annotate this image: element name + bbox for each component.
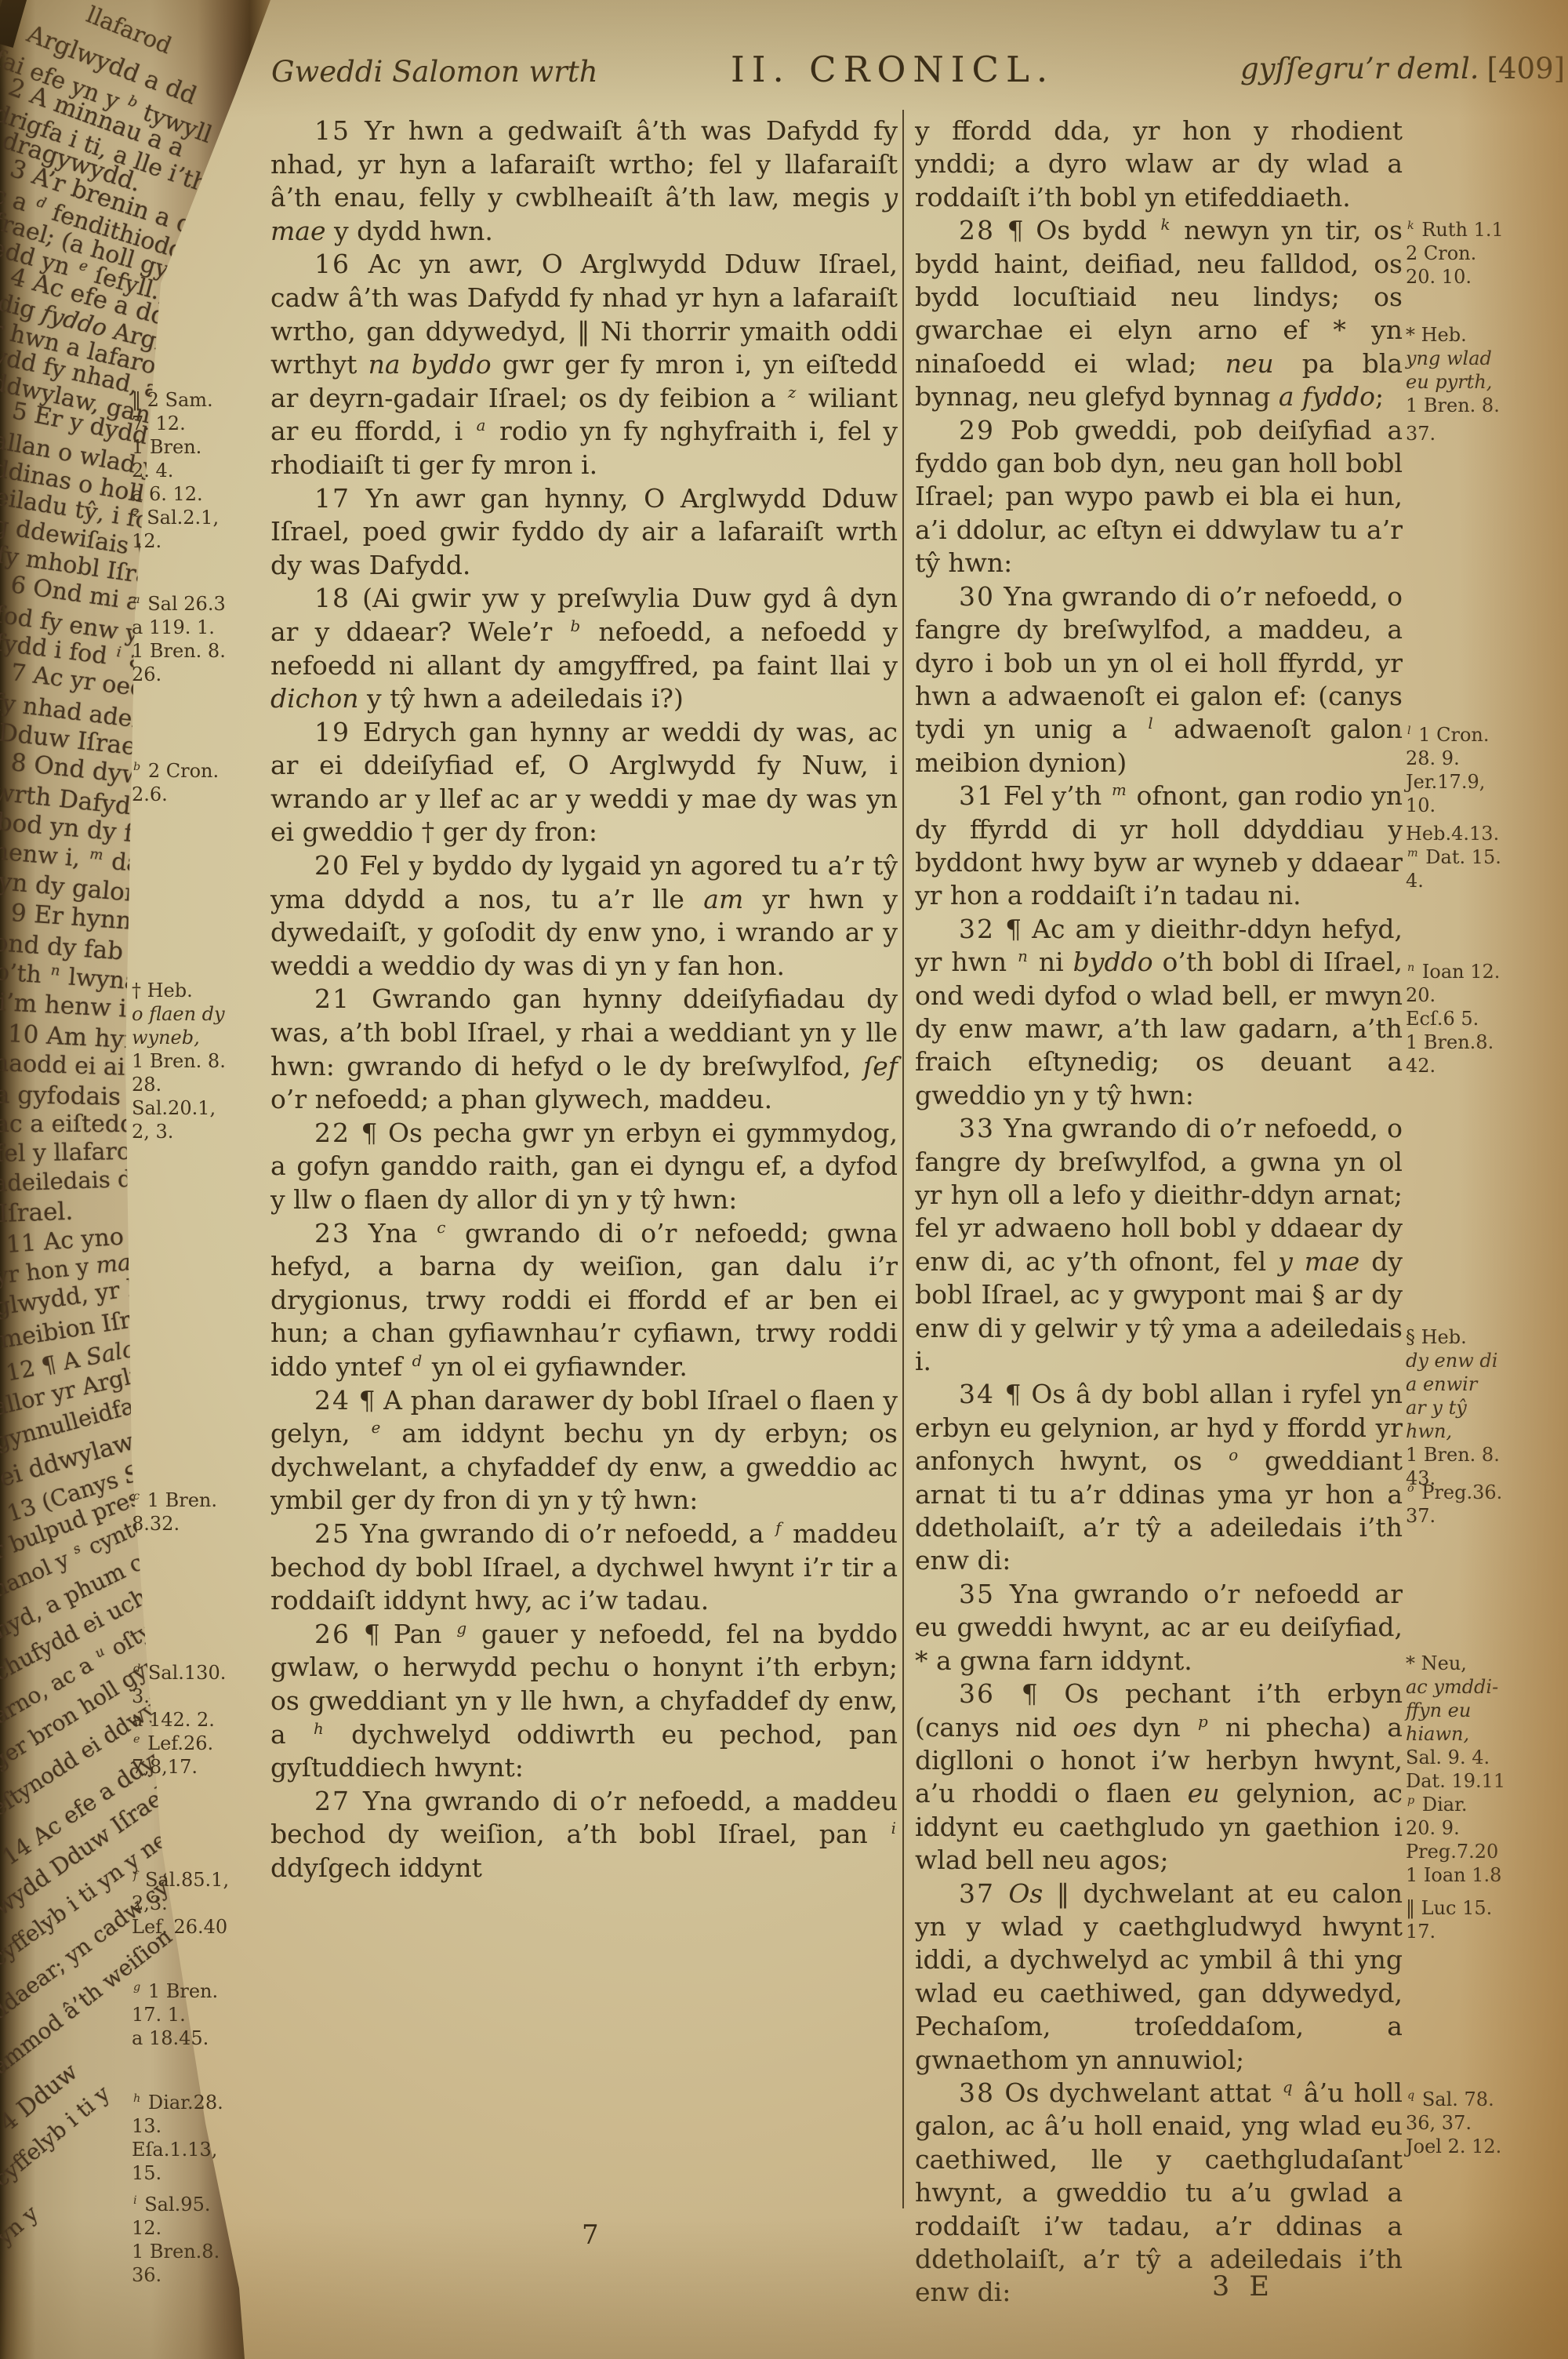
catchword: 7	[582, 2219, 599, 2251]
verse-number: 35	[959, 1579, 995, 1609]
margin-note: q Sal. 78. 36, 37. Joel 2. 12.	[1406, 2088, 1501, 2158]
verse-paragraph: 36 ¶ Os pechant i’th erbyn (canys nid oe…	[915, 1677, 1403, 1877]
margin-note: * Neu, ac ymddi- ffyn eu hiawn, Sal. 9. …	[1406, 1652, 1505, 1793]
verse-paragraph: 28 ¶ Os bydd k newyn yn tir, os bydd hai…	[915, 214, 1403, 413]
verse-number: 18	[314, 583, 350, 613]
verse-paragraph: 19 Edrych gan hynny ar weddi dy was, ac …	[270, 716, 898, 849]
verse-number: 38	[959, 2077, 995, 2108]
verse-number: 15	[314, 115, 350, 146]
verse-number: 19	[314, 717, 350, 747]
verse-paragraph: 30 Yna gwrando di o’r nefoedd, o fangre …	[915, 580, 1403, 780]
verse-number: 31	[959, 780, 995, 811]
verse-paragraph: 24 ¶ A phan darawer dy bobl Iſrael o fla…	[270, 1384, 898, 1518]
verse-paragraph: 34 ¶ Os â dy bobl allan i ryfel yn erbyn…	[915, 1378, 1403, 1577]
verse-paragraph: 35 Yna gwrando o’r nefoedd ar eu gweddi …	[915, 1578, 1403, 1677]
verse-paragraph: 27 Yna gwrando di o’r nefoedd, a maddeu …	[270, 1785, 898, 1885]
margin-note: p Diar. 20. 9. Preg.7.20 1 Ioan 1.8	[1406, 1793, 1501, 1887]
margin-note: l 1 Cron. 28. 9. Jer.17.9, 10.	[1406, 723, 1490, 817]
book-page-scan: llafarodArglwydd a ddfai efe yn y b tywy…	[0, 0, 1568, 2359]
verse-paragraph: 17 Yn awr gan hynny, O Arglwydd Dduw Iſr…	[270, 482, 898, 583]
margin-note: o Preg.36. 37.	[1406, 1481, 1502, 1528]
margin-note: i Sal.95. 12. 1 Bren.8. 36.	[132, 2193, 220, 2287]
verse-number: 32	[959, 914, 995, 944]
verse-paragraph: y ffordd dda, yr hon y rhodient ynddi; a…	[915, 114, 1403, 214]
margin-note: k Ruth 1.1 2 Cron. 20. 10.	[1406, 218, 1504, 289]
margin-note: d Sal.130. 3. a 142. 2. e Lef.26. 7,8,17…	[132, 1661, 226, 1779]
margin-note: Heb.4.13. m Dat. 15. 4.	[1406, 822, 1501, 892]
verse-paragraph: 32 ¶ Ac am y dieithr-ddyn hefyd, yr hwn …	[915, 913, 1403, 1112]
verse-number: 28	[959, 215, 995, 245]
margin-note: a Sal 26.3 a 119. 1. 1 Bren. 8. 26.	[132, 592, 226, 686]
verse-number: 36	[959, 1678, 995, 1709]
verse-paragraph: 20 Fel y byddo dy lygaid yn agored tu a’…	[270, 849, 898, 983]
margin-note: c 1 Bren. 8.32.	[132, 1488, 217, 1536]
gutter-text-fragment: i’m henw i.	[0, 988, 135, 1023]
verse-number: 29	[959, 415, 995, 445]
verse-number: 33	[959, 1113, 995, 1143]
book-title: II. CRONICL.	[731, 49, 1054, 90]
verse-paragraph: 38 Os dychwelant attat q â’u holl galon,…	[915, 2077, 1403, 2310]
verse-paragraph: 21 Gwrando gan hynny ddeiſyfiadau dy was…	[270, 983, 898, 1116]
verse-number: 30	[959, 581, 995, 612]
verse-number: 26	[314, 1619, 350, 1649]
verse-number: 23	[314, 1218, 350, 1249]
verse-number: 16	[314, 249, 350, 279]
margin-note: n Ioan 12. 20. Ecſ.6 5. 1 Bren.8. 42.	[1406, 960, 1500, 1078]
margin-note: 37.	[1406, 422, 1436, 445]
verse-number: 17	[314, 483, 350, 514]
column1-margin-notes: ‖ 2 Sam. 7. 12. 1 Bren. 2. 4. a 6. 12. z…	[132, 0, 267, 2359]
gutter-text-fragment: Iſrael.	[0, 1198, 74, 1228]
running-header-left: Gweddi Salomon wrth	[271, 55, 598, 89]
verse-number: 27	[314, 1786, 350, 1816]
column2-margin-notes: k Ruth 1.1 2 Cron. 20. 10.* Heb. yng wla…	[1406, 0, 1566, 2359]
margin-note: § Heb. dy enw di a enwir ar y tŷ hwn, 1 …	[1406, 1325, 1500, 1490]
margin-note: * Heb. yng wlad eu pyrth, 1 Bren. 8.	[1406, 323, 1500, 417]
verse-paragraph: 25 Yna gwrando di o’r nefoedd, a f madde…	[270, 1518, 898, 1618]
verse-number: 37	[959, 1878, 995, 1909]
dropcap-remnant	[0, 0, 27, 48]
verse-paragraph: 31 Fel y’th m ofnont, gan rodio yn dy ff…	[915, 780, 1403, 913]
verse-number: 24	[314, 1385, 350, 1416]
margin-note: f Sal.85.1, 2,3. Lef. 26.40	[132, 1868, 229, 1939]
verse-paragraph: 37 Os ‖ dychwelant at eu calon yn y wlad…	[915, 1877, 1403, 2077]
margin-note: ‖ 2 Sam. 7. 12. 1 Bren. 2. 4. a 6. 12. z…	[132, 388, 219, 553]
verse-paragraph: 16 Ac yn awr, O Arglwydd Dduw Iſrael, ca…	[270, 248, 898, 482]
verse-paragraph: 18 (Ai gwir yw y preſwylia Duw gyd â dyn…	[270, 582, 898, 715]
margin-note: g 1 Bren. 17. 1. a 18.45.	[132, 1979, 218, 2050]
verse-number: 25	[314, 1518, 350, 1549]
column2-text: y ffordd dda, yr hon y rhodient ynddi; a…	[915, 114, 1403, 2310]
verse-paragraph: 15 Yr hwn a gedwaiſt â’th was Dafydd fy …	[270, 114, 898, 248]
margin-note: b 2 Cron. 2.6.	[132, 759, 219, 806]
margin-note: ‖ Luc 15. 17.	[1406, 1896, 1492, 1943]
margin-note: † Heb. o flaen dy wyneb, 1 Bren. 8. 28. …	[132, 979, 226, 1143]
margin-note: h Diar.28. 13. Eſa.1.13, 15.	[132, 2091, 223, 2185]
verse-number: 20	[314, 850, 350, 881]
verse-paragraph: 22 ¶ Os pecha gwr yn erbyn ei gymmydog, …	[270, 1117, 898, 1217]
verse-paragraph: 33 Yna gwrando di o’r nefoedd, o fangre …	[915, 1112, 1403, 1378]
verse-paragraph: 29 Pob gweddi, pob deiſyfiad a fyddo gan…	[915, 414, 1403, 580]
verse-paragraph: 23 Yna c gwrando di o’r nefoedd; gwna he…	[270, 1217, 898, 1384]
column-divider-rule	[902, 110, 904, 2208]
verse-paragraph: 26 ¶ Pan g gauer y nefoedd, fel na byddo…	[270, 1618, 898, 1785]
gathering-signature: 3 E	[1212, 2271, 1275, 2303]
verse-number: 34	[959, 1379, 995, 1409]
verse-number: 21	[314, 983, 350, 1014]
verse-number: 22	[314, 1118, 350, 1148]
gutter-text-fragment: yn y	[0, 2201, 43, 2250]
column1-text: 15 Yr hwn a gedwaiſt â’th was Dafydd fy …	[270, 114, 898, 1885]
